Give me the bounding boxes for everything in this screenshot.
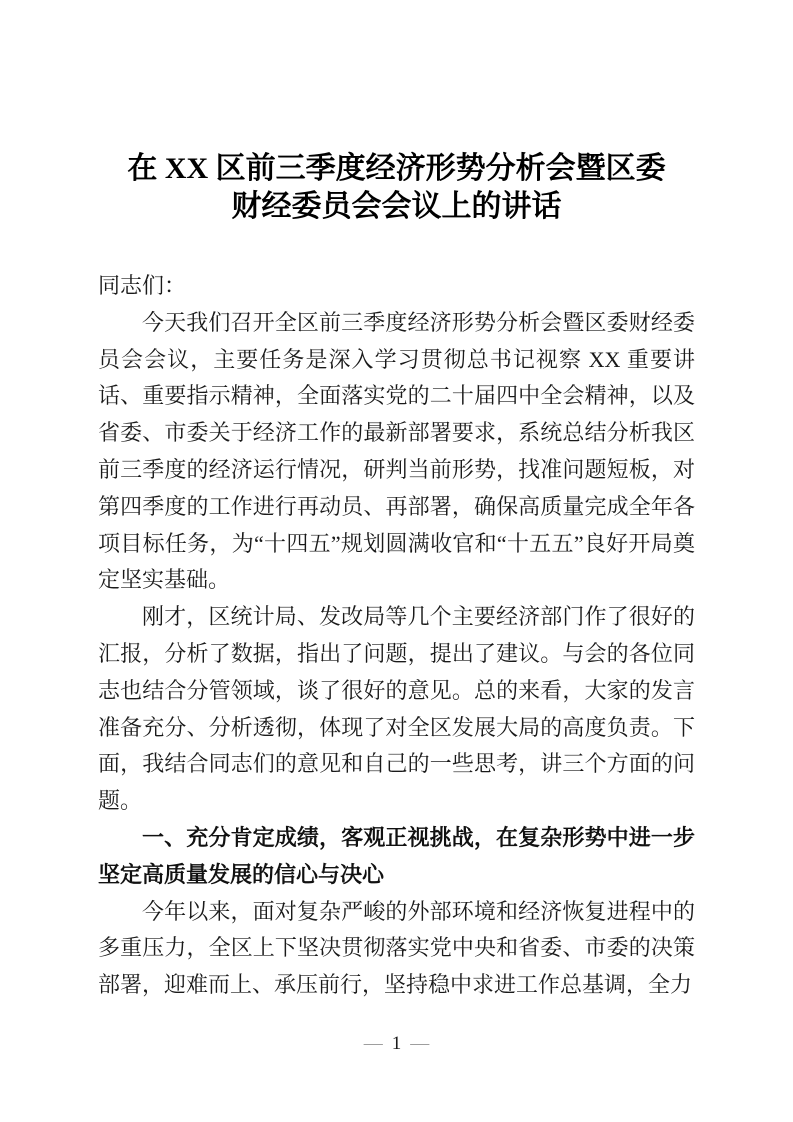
title-line-1: 在 XX 区前三季度经济形势分析会暨区委 [98,150,695,188]
footer-dash-right: — [410,1033,429,1054]
paragraph-remarks: 刚才，区统计局、发改局等几个主要经济部门作了很好的汇报，分析了数据，指出了问题，… [98,599,695,820]
document-title: 在 XX 区前三季度经济形势分析会暨区委 财经委员会会议上的讲话 [98,150,695,225]
footer-dash-left: — [364,1033,383,1054]
title-line-2: 财经委员会会议上的讲话 [98,188,695,226]
section-heading-1: 一、充分肯定成绩，客观正视挑战，在复杂形势中进一步坚定高质量发展的信心与决心 [98,820,695,894]
paragraph-opening: 今天我们召开全区前三季度经济形势分析会暨区委财经委员会会议，主要任务是深入学习贯… [98,305,695,599]
page-footer: —1— [0,1033,793,1055]
salutation: 同志们： [98,268,695,305]
document-body: 同志们： 今天我们召开全区前三季度经济形势分析会暨区委财经委员会会议，主要任务是… [98,268,695,1004]
paragraph-section1-body: 今年以来，面对复杂严峻的外部环境和经济恢复进程中的多重压力，全区上下坚决贯彻落实… [98,894,695,1004]
document-page: 在 XX 区前三季度经济形势分析会暨区委 财经委员会会议上的讲话 同志们： 今天… [0,0,793,1122]
page-number: 1 [392,1033,402,1054]
